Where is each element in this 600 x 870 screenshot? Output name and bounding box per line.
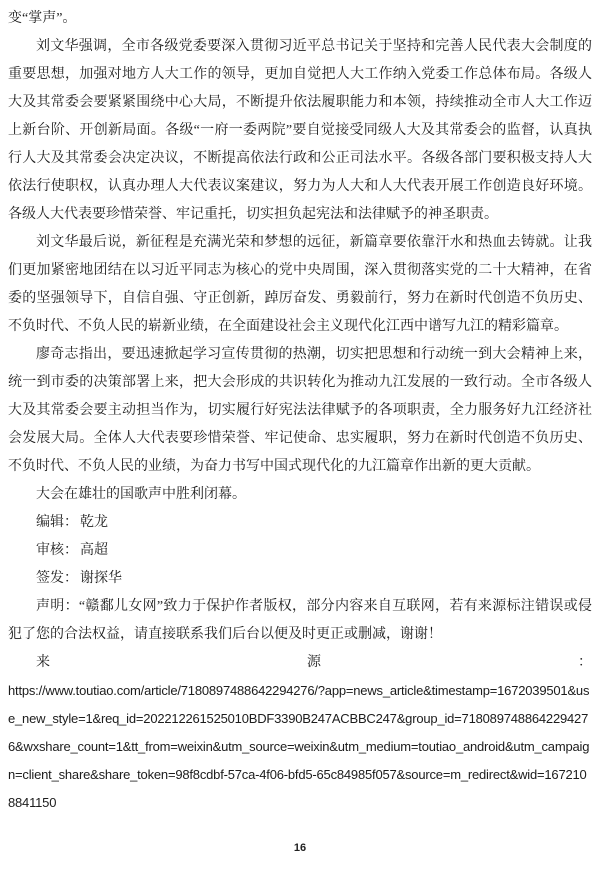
document-page: 变“掌声”。 刘文华强调，全市各级党委要深入贯彻习近平总书记关于坚持和完善人民代…	[0, 0, 600, 870]
paragraph-liao-qizhi-remarks: 廖奇志指出，要迅速掀起学习宣传贯彻的热潮，切实把思想和行动统一到大会精神上来，统…	[8, 341, 592, 481]
paragraph-continuation: 变“掌声”。	[8, 5, 592, 33]
copyright-statement: 声明：“赣鄱儿女网”致力于保护作者版权，部分内容来自互联网，若有来源标注错误或侵…	[8, 593, 592, 649]
paragraph-liu-wenhua-emphasis: 刘文华强调，全市各级党委要深入贯彻习近平总书记关于坚持和完善人民代表大会制度的重…	[8, 33, 592, 229]
credit-reviewer-label: 审核：	[36, 543, 78, 558]
credit-reviewer-value: 高超	[80, 543, 108, 558]
credit-issuer-label: 签发：	[36, 571, 78, 586]
source-url: https://www.toutiao.com/article/71808974…	[8, 677, 592, 817]
source-label-line: 来 源 ：	[8, 649, 592, 677]
credit-issuer: 签发：谢探华	[8, 565, 592, 593]
credit-editor-value: 乾龙	[80, 515, 108, 530]
credit-reviewer: 审核：高超	[8, 537, 592, 565]
source-label-char-1: 来	[36, 649, 50, 677]
page-number: 16	[0, 834, 600, 862]
source-label-colon: ：	[578, 649, 592, 677]
source-label-char-2: 源	[307, 649, 321, 677]
credit-editor-label: 编辑：	[36, 515, 78, 530]
credit-issuer-value: 谢探华	[80, 571, 122, 586]
paragraph-ceremony-closing: 大会在雄壮的国歌声中胜利闭幕。	[8, 481, 592, 509]
credit-editor: 编辑：乾龙	[8, 509, 592, 537]
paragraph-liu-wenhua-closing-remarks: 刘文华最后说，新征程是充满光荣和梦想的远征，新篇章要依靠汗水和热血去铸就。让我们…	[8, 229, 592, 341]
